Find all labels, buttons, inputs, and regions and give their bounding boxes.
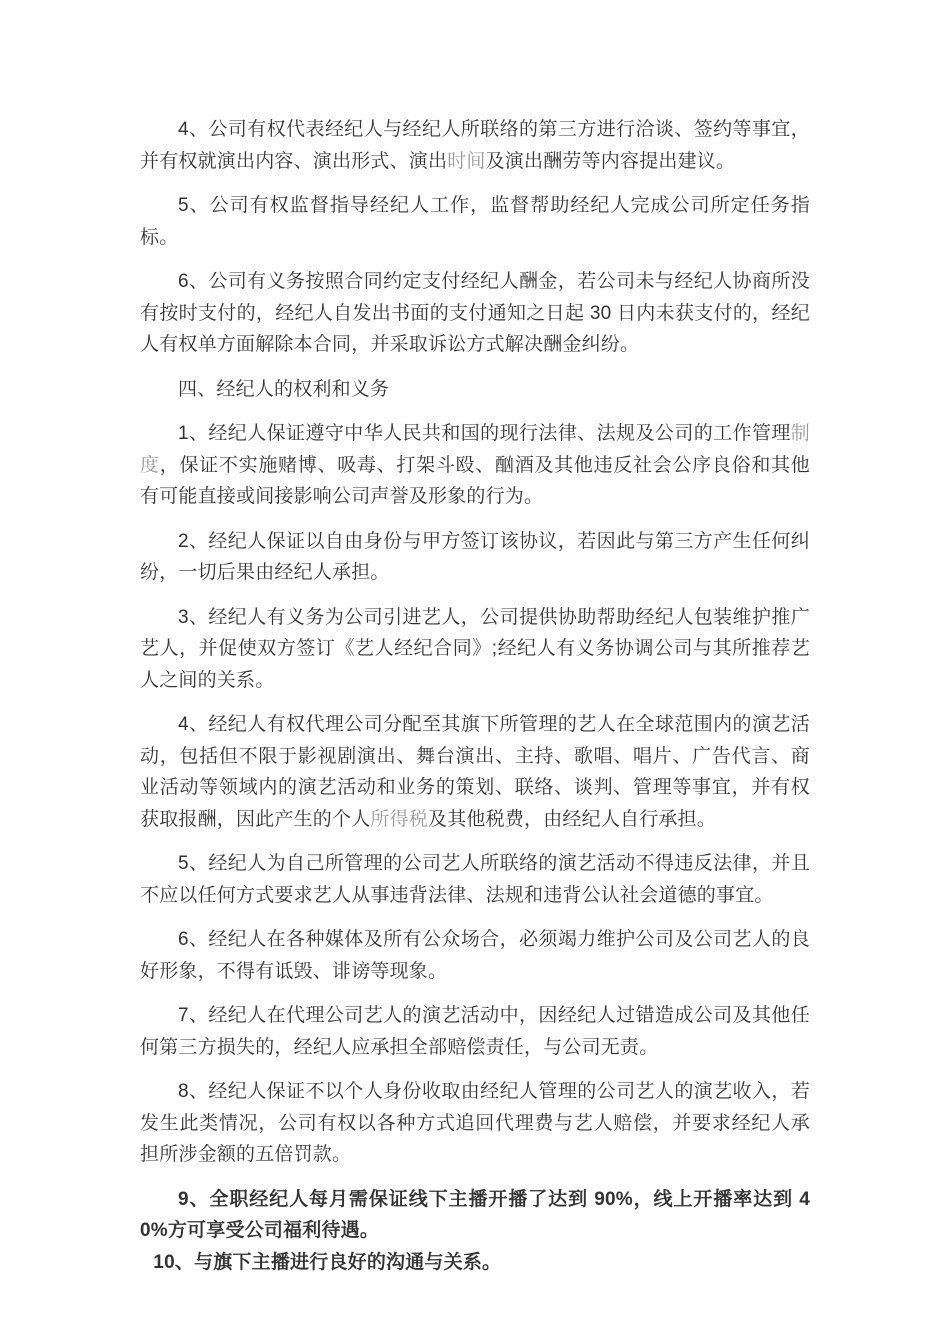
text-run: 6、经纪人在各种媒体及所有公众场合，必须竭力维护公司及公司艺人的良好形象，不得有… <box>140 929 810 982</box>
section-heading: 四、经纪人的权利和义务 <box>140 374 810 406</box>
text-run: 9、全职经纪人每月需保证线下主播开播了达到 90%，线上开播率达到 40%方可享… <box>140 1189 810 1242</box>
clause-paragraph: 10、与旗下主播进行良好的沟通与关系。 <box>140 1247 810 1279</box>
clause-paragraph: 1、经纪人保证遵守中华人民共和国的现行法律、法规及公司的工作管理制度，保证不实施… <box>140 418 810 513</box>
text-run: 6、公司有义务按照合同约定支付经纪人酬金，若公司未与经纪人协商所没有按时支付的，… <box>140 271 810 355</box>
clause-paragraph: 5、公司有权监督指导经纪人工作，监督帮助经纪人完成公司所定任务指标。 <box>140 190 810 253</box>
clause-paragraph: 9、全职经纪人每月需保证线下主播开播了达到 90%，线上开播率达到 40%方可享… <box>140 1184 810 1247</box>
text-run: 5、经纪人为自己所管理的公司艺人所联络的演艺活动不得违反法律，并且不应以任何方式… <box>140 853 810 906</box>
keyword-link[interactable]: 所得税 <box>370 809 428 830</box>
clause-paragraph: 6、公司有义务按照合同约定支付经纪人酬金，若公司未与经纪人协商所没有按时支付的，… <box>140 266 810 361</box>
text-run: 5、公司有权监督指导经纪人工作，监督帮助经纪人完成公司所定任务指标。 <box>140 195 810 248</box>
clause-paragraph: 6、经纪人在各种媒体及所有公众场合，必须竭力维护公司及公司艺人的良好形象，不得有… <box>140 924 810 987</box>
keyword-link[interactable]: 时间 <box>447 151 485 172</box>
text-run: 7、经纪人在代理公司艺人的演艺活动中，因经纪人过错造成公司及其他任何第三方损失的… <box>140 1005 810 1058</box>
clause-paragraph: 5、经纪人为自己所管理的公司艺人所联络的演艺活动不得违反法律，并且不应以任何方式… <box>140 848 810 911</box>
clause-paragraph: 7、经纪人在代理公司艺人的演艺活动中，因经纪人过错造成公司及其他任何第三方损失的… <box>140 1000 810 1063</box>
text-run: 及演出酬劳等内容提出建议。 <box>486 151 736 172</box>
text-run: 四、经纪人的权利和义务 <box>178 379 389 400</box>
clause-paragraph: 8、经纪人保证不以个人身份收取由经纪人管理的公司艺人的演艺收入，若发生此类情况，… <box>140 1076 810 1171</box>
text-run: 3、经纪人有义务为公司引进艺人，公司提供协助帮助经纪人包装维护推广艺人，并促使双… <box>140 607 810 691</box>
document-body: 4、公司有权代表经纪人与经纪人所联络的第三方进行洽谈、签约等事宜，并有权就演出内… <box>140 114 810 1278</box>
text-run: ，保证不实施赌博、吸毒、打架斗殴、酗酒及其他违反社会公序良俗和其他有可能直接或间… <box>140 455 810 508</box>
text-run: 8、经纪人保证不以个人身份收取由经纪人管理的公司艺人的演艺收入，若发生此类情况，… <box>140 1081 810 1165</box>
clause-paragraph: 3、经纪人有义务为公司引进艺人，公司提供协助帮助经纪人包装维护推广艺人，并促使双… <box>140 602 810 697</box>
contract-document: 4、公司有权代表经纪人与经纪人所联络的第三方进行洽谈、签约等事宜，并有权就演出内… <box>0 0 950 1278</box>
text-run: 10、与旗下主播进行良好的沟通与关系。 <box>153 1252 501 1273</box>
clause-paragraph: 4、经纪人有权代理公司分配至其旗下所管理的艺人在全球范围内的演艺活动，包括但不限… <box>140 709 810 835</box>
clause-paragraph: 2、经纪人保证以自由身份与甲方签订该协议，若因此与第三方产生任何纠纷，一切后果由… <box>140 526 810 589</box>
text-run: 2、经纪人保证以自由身份与甲方签订该协议，若因此与第三方产生任何纠纷，一切后果由… <box>140 531 810 584</box>
clause-paragraph: 4、公司有权代表经纪人与经纪人所联络的第三方进行洽谈、签约等事宜，并有权就演出内… <box>140 114 810 177</box>
text-run: 1、经纪人保证遵守中华人民共和国的现行法律、法规及公司的工作管理 <box>178 423 791 444</box>
text-run: 及其他税费，由经纪人自行承担。 <box>428 809 716 830</box>
